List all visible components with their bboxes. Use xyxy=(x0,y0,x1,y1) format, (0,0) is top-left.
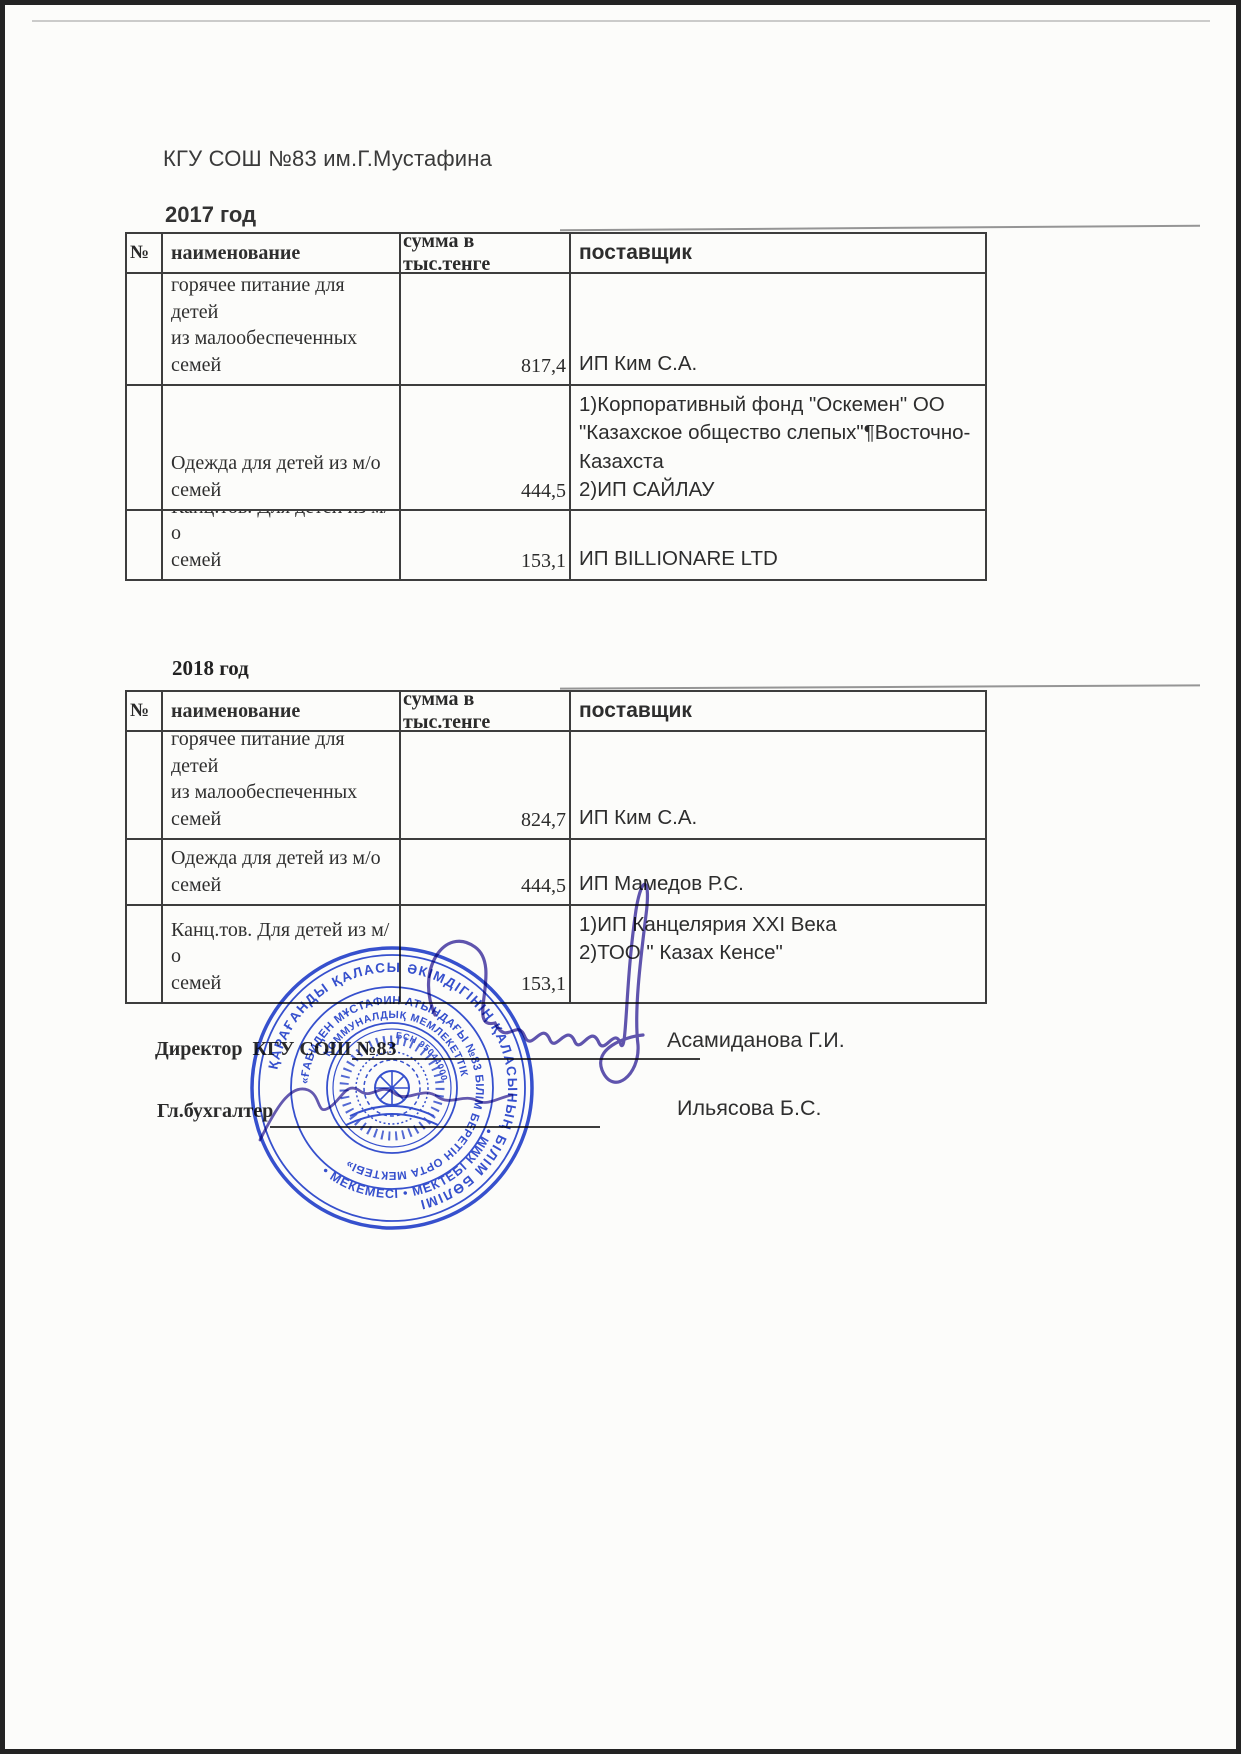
cell-sum: 444,5 xyxy=(401,386,571,509)
header-sum: сумма в тыс.тенге xyxy=(401,234,571,272)
cell-name: Одежда для детей из м/о семей xyxy=(163,386,401,509)
scan-artifact-line xyxy=(32,20,1210,22)
header-num: № xyxy=(127,692,163,730)
year-label-2017: 2017 год xyxy=(165,202,256,228)
cell-name: горячее питание для детей из малообеспеч… xyxy=(163,732,401,838)
cell-num xyxy=(127,274,163,384)
scan-artifact-line xyxy=(560,225,1200,231)
year-label-2018: 2018 год xyxy=(172,656,249,681)
cell-name: Одежда для детей из м/о семей xyxy=(163,840,401,904)
cell-num xyxy=(127,906,163,1002)
cell-sum: 153,1 xyxy=(401,511,571,579)
cell-supplier: 1)Корпоративный фонд "Оскемен" ОО "Казах… xyxy=(571,386,985,509)
table-header-row: № наименование сумма в тыс.тенге поставщ… xyxy=(127,234,985,272)
table-2017: № наименование сумма в тыс.тенге поставщ… xyxy=(125,232,987,581)
table-header-row: № наименование сумма в тыс.тенге поставщ… xyxy=(127,692,985,730)
header-supplier: поставщик xyxy=(571,234,985,272)
director-name: Асамиданова Г.И. xyxy=(667,1028,845,1053)
cell-sum: 817,4 xyxy=(401,274,571,384)
header-num: № xyxy=(127,234,163,272)
header-sum: сумма в тыс.тенге xyxy=(401,692,571,730)
scan-artifact-line xyxy=(560,684,1200,689)
accountant-signature-scribble xyxy=(250,1055,530,1150)
cell-supplier: ИП Ким С.А. xyxy=(571,732,985,838)
cell-supplier: ИП BILLIONARE LTD xyxy=(571,511,985,579)
header-name: наименование xyxy=(163,234,401,272)
cell-num xyxy=(127,511,163,579)
accountant-name: Ильясова Б.С. xyxy=(677,1096,822,1121)
table-row: горячее питание для детей из малообеспеч… xyxy=(127,272,985,384)
scanned-document-page: КГУ СОШ №83 им.Г.Мустафина 2017 год № на… xyxy=(0,0,1241,1754)
cell-num xyxy=(127,840,163,904)
table-row: Одежда для детей из м/о семей 444,5 1)Ко… xyxy=(127,384,985,509)
page-title: КГУ СОШ №83 им.Г.Мустафина xyxy=(163,146,492,172)
cell-name: Канц.тов. Для детей из м/о семей xyxy=(163,511,401,579)
cell-num xyxy=(127,732,163,838)
header-supplier: поставщик xyxy=(571,692,985,730)
cell-sum: 824,7 xyxy=(401,732,571,838)
header-name: наименование xyxy=(163,692,401,730)
cell-name: горячее питание для детей из малообеспеч… xyxy=(163,274,401,384)
table-row: горячее питание для детей из малообеспеч… xyxy=(127,730,985,838)
cell-supplier: ИП Ким С.А. xyxy=(571,274,985,384)
table-row: Канц.тов. Для детей из м/о семей 153,1 И… xyxy=(127,509,985,579)
cell-num xyxy=(127,386,163,509)
